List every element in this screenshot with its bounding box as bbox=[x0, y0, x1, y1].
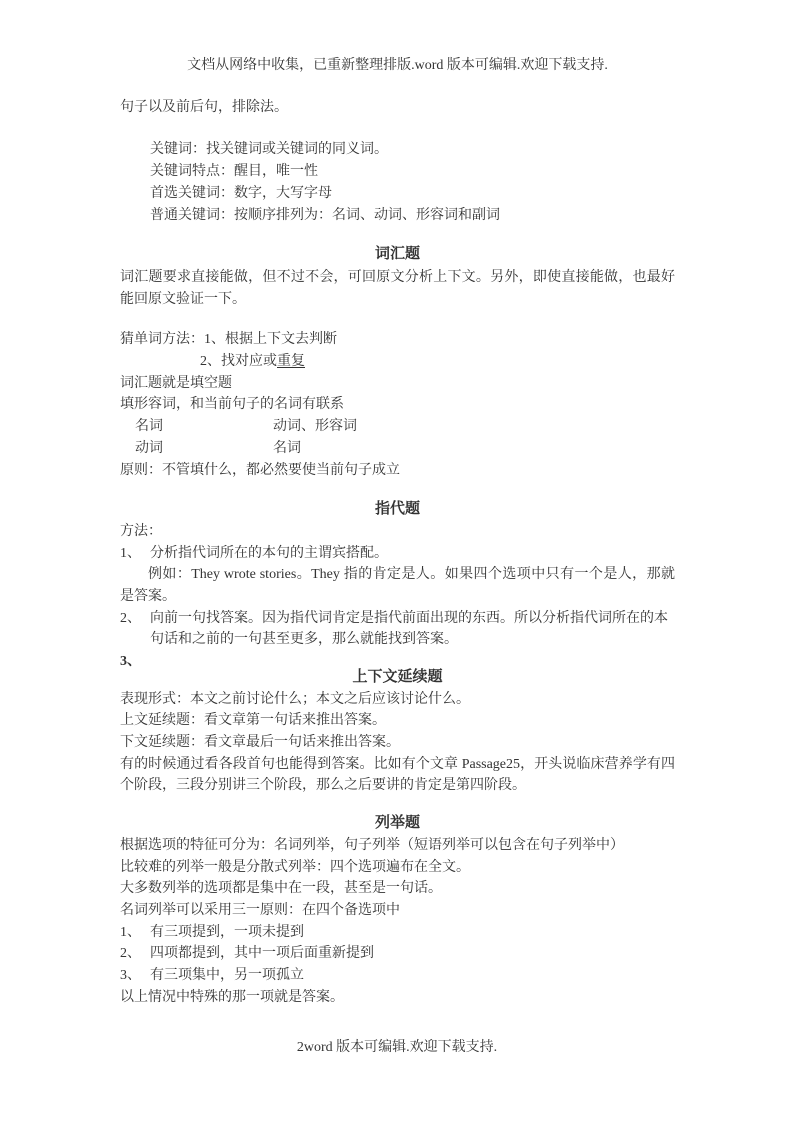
listing-principle-line: 名词列举可以采用三一原则：在四个备选项中 bbox=[120, 900, 675, 922]
pos-pair-left: 名词 bbox=[135, 416, 273, 438]
pos-pair-row: 动词 名词 bbox=[120, 438, 675, 460]
reference-item-2: 2、 向前一句找答案。因为指代词肯定是指代前面出现的东西。所以分析指代词所在的本… bbox=[120, 608, 675, 651]
vocabulary-intro-paragraph: 词汇题要求直接能做，但不过不会，可回原文分析上下文。另外，即使直接能做，也最好能… bbox=[120, 267, 675, 310]
section-title-continuation: 上下文延续题 bbox=[120, 667, 675, 689]
reference-example-paragraph: 例如：They wrote stories。They 指的肯定是人。如果四个选项… bbox=[120, 564, 675, 607]
keyword-rule-line: 首选关键词：数字，大写字母 bbox=[150, 183, 675, 205]
listing-hard-line: 比较难的列举一般是分散式列举：四个选项遍布在全文。 bbox=[120, 857, 675, 879]
page-number: 2 bbox=[297, 1040, 304, 1055]
section-title-vocabulary: 词汇题 bbox=[120, 244, 675, 266]
vocab-principle-line: 原则：不管填什么，都必然要使当前句子成立 bbox=[120, 460, 675, 482]
list-text: 向前一句找答案。因为指代词肯定是指代前面出现的东西。所以分析指代词所在的本句话和… bbox=[150, 611, 668, 648]
section-title-listing: 列举题 bbox=[120, 813, 675, 835]
guess-method-line-2: 2、找对应或重复 bbox=[120, 351, 675, 373]
guess-method-2-prefix: 2、找对应或 bbox=[200, 354, 277, 369]
list-number: 2、 bbox=[120, 608, 141, 630]
list-text: 四项都提到，其中一项后面重新提到 bbox=[150, 946, 374, 961]
continuation-after-line: 下文延续题：看文章最后一句话来推出答案。 bbox=[120, 732, 675, 754]
footer-text: word 版本可编辑.欢迎下载支持. bbox=[304, 1040, 497, 1055]
keyword-rule-line: 关键词：找关键词或关键词的同义词。 bbox=[150, 139, 675, 161]
listing-category-line: 根据选项的特征可分为：名词列举，句子列举（短语列举可以包含在句子列举中） bbox=[120, 835, 675, 857]
list-number: 1、 bbox=[120, 922, 141, 944]
continuation-before-line: 上文延续题：看文章第一句话来推出答案。 bbox=[120, 710, 675, 732]
section-title-reference: 指代题 bbox=[120, 499, 675, 521]
list-text: 有三项集中，另一项孤立 bbox=[150, 968, 304, 983]
document-footer-note: 2word 版本可编辑.欢迎下载支持. bbox=[0, 1037, 794, 1059]
listing-conclusion-line: 以上情况中特殊的那一项就是答案。 bbox=[120, 987, 675, 1009]
carryover-sentence: 句子以及前后句，排除法。 bbox=[120, 97, 675, 119]
vocab-fill-line: 词汇题就是填空题 bbox=[120, 373, 675, 395]
keyword-rule-line: 关键词特点：醒目，唯一性 bbox=[150, 161, 675, 183]
document-header-note: 文档从网络中收集，已重新整理排版.word 版本可编辑.欢迎下载支持. bbox=[120, 55, 675, 77]
list-number: 1、 bbox=[120, 543, 141, 565]
guess-method-2-underlined: 重复 bbox=[277, 354, 305, 369]
page-content: 文档从网络中收集，已重新整理排版.word 版本可编辑.欢迎下载支持. 句子以及… bbox=[120, 55, 675, 1008]
guess-word-method-block: 猜单词方法：1、根据上下文去判断 2、找对应或重复 词汇题就是填空题 填形容词，… bbox=[120, 329, 675, 481]
keyword-rule-line: 普通关键词：按顺序排列为：名词、动词、形容词和副词 bbox=[150, 205, 675, 227]
guess-method-1: 1、根据上下文去判断 bbox=[204, 332, 337, 347]
guess-method-label: 猜单词方法： bbox=[120, 332, 204, 347]
list-text: 分析指代词所在的本句的主谓宾搭配。 bbox=[150, 546, 388, 561]
listing-item-2: 2、 四项都提到，其中一项后面重新提到 bbox=[120, 943, 675, 965]
listing-item-3: 3、 有三项集中，另一项孤立 bbox=[120, 965, 675, 987]
list-number: 3、 bbox=[120, 965, 141, 987]
reference-method-label: 方法： bbox=[120, 521, 675, 543]
listing-majority-line: 大多数列举的选项都是集中在一段，甚至是一句话。 bbox=[120, 878, 675, 900]
reference-item-1: 1、 分析指代词所在的本句的主谓宾搭配。 bbox=[120, 543, 675, 565]
pos-pair-right: 名词 bbox=[273, 438, 301, 460]
keyword-rules-block: 关键词：找关键词或关键词的同义词。 关键词特点：醒目，唯一性 首选关键词：数字，… bbox=[120, 139, 675, 226]
continuation-form-line: 表现形式：本文之前讨论什么；本文之后应该讨论什么。 bbox=[120, 689, 675, 711]
continuation-example-paragraph: 有的时候通过看各段首句也能得到答案。比如有个文章 Passage25，开头说临床… bbox=[120, 754, 675, 797]
pos-pair-row: 名词 动词、形容词 bbox=[120, 416, 675, 438]
listing-item-1: 1、 有三项提到，一项未提到 bbox=[120, 922, 675, 944]
guess-method-line-1: 猜单词方法：1、根据上下文去判断 bbox=[120, 329, 675, 351]
list-number: 2、 bbox=[120, 943, 141, 965]
pos-pair-right: 动词、形容词 bbox=[273, 416, 357, 438]
list-text: 有三项提到，一项未提到 bbox=[150, 925, 304, 940]
vocab-adjective-line: 填形容词，和当前句子的名词有联系 bbox=[120, 394, 675, 416]
pos-pair-left: 动词 bbox=[135, 438, 273, 460]
document-page: 文档从网络中收集，已重新整理排版.word 版本可编辑.欢迎下载支持. 句子以及… bbox=[0, 0, 794, 1123]
